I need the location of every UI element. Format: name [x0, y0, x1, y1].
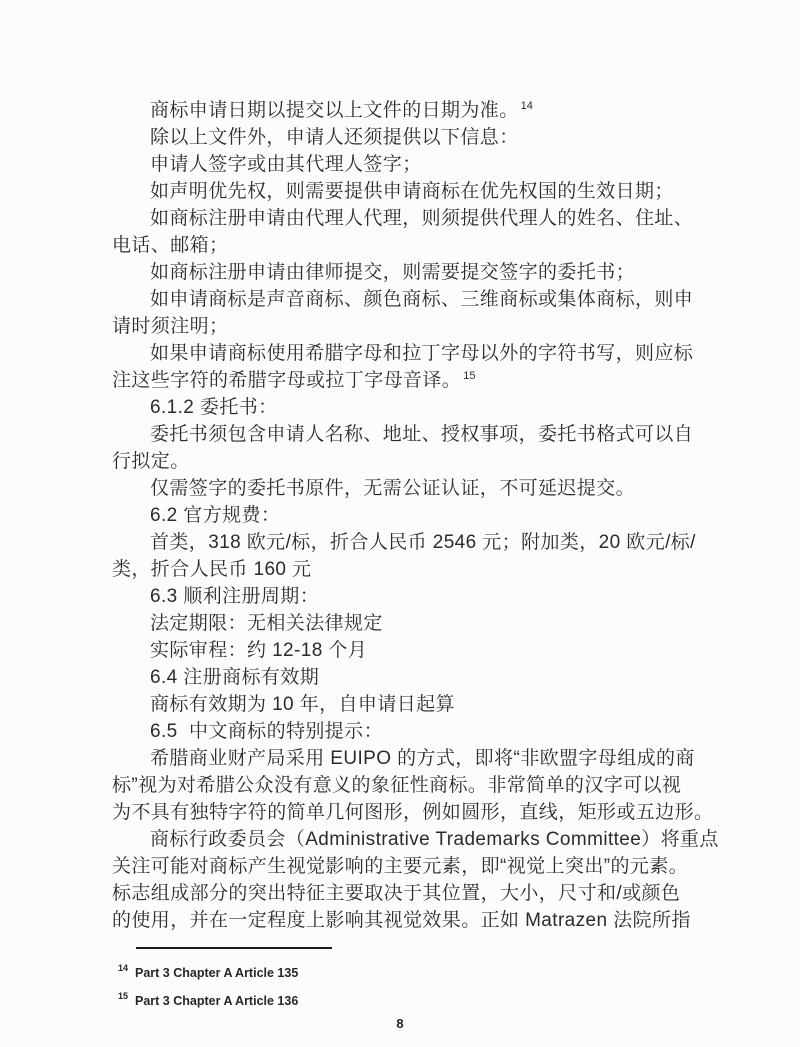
text-line: 如商标注册申请由律师提交，则需要提交签字的委托书；	[112, 259, 694, 286]
footnote-marker: 14	[118, 963, 128, 973]
text-line: 6.5 中文商标的特别提示：	[112, 718, 694, 745]
footnote: 15Part 3 Chapter A Article 136	[118, 991, 678, 1019]
text-line-content: 行拟定。	[112, 451, 190, 472]
text-line: 行拟定。	[112, 448, 694, 475]
text-line: 如申请商标是声音商标、颜色商标、三维商标或集体商标，则申	[112, 286, 694, 313]
text-line-content: 希腊商业财产局采用 EUIPO 的方式，即将“非欧盟字母组成的商	[150, 748, 695, 769]
footnote-separator-rule	[136, 947, 332, 949]
text-line: 标志组成部分的突出特征主要取决于其位置，大小，尺寸和/或颜色	[112, 880, 694, 907]
text-line-content: 标”视为对希腊公众没有意义的象征性商标。非常简单的汉字可以视	[112, 775, 681, 796]
text-line: 电话、邮箱；	[112, 232, 694, 259]
text-line-content: 申请人签字或由其代理人签字；	[150, 154, 422, 175]
text-line: 6.3 顺利注册周期：	[112, 583, 694, 610]
footnote-text: Part 3 Chapter A Article 136	[135, 994, 298, 1008]
text-line-content: 除以上文件外，申请人还须提供以下信息：	[150, 127, 519, 148]
text-line: 商标申请日期以提交以上文件的日期为准。14	[112, 97, 694, 124]
text-line: 6.1.2 委托书：	[112, 394, 694, 421]
text-line-content: 标志组成部分的突出特征主要取决于其位置，大小，尺寸和/或颜色	[112, 883, 680, 904]
text-line-content: 如商标注册申请由代理人代理，则须提供代理人的姓名、住址、	[150, 208, 693, 229]
text-line-content: 6.2 官方规费：	[150, 505, 280, 526]
text-line-content: 实际审程：约 12-18 个月	[150, 640, 367, 661]
text-line-content: 的使用，并在一定程度上影响其视觉效果。正如 Matrazen 法院所指	[112, 910, 691, 931]
text-line-content: 为不具有独特字符的简单几何图形，例如圆形，直线，矩形或五边形。	[112, 802, 713, 823]
text-line: 关注可能对商标产生视觉影响的主要元素，即“视觉上突出”的元素。	[112, 853, 694, 880]
text-line-content: 请时须注明；	[112, 316, 228, 337]
text-line: 委托书须包含申请人名称、地址、授权事项，委托书格式可以自	[112, 421, 694, 448]
scanned-document-page: 商标申请日期以提交以上文件的日期为准。14除以上文件外，申请人还须提供以下信息：…	[0, 0, 800, 1047]
text-line-content: 法定期限：无相关法律规定	[150, 613, 383, 634]
text-line: 标”视为对希腊公众没有意义的象征性商标。非常简单的汉字可以视	[112, 772, 694, 799]
text-line: 实际审程：约 12-18 个月	[112, 637, 694, 664]
text-line-content: 如声明优先权，则需要提供申请商标在优先权国的生效日期；	[150, 181, 674, 202]
text-line: 如商标注册申请由代理人代理，则须提供代理人的姓名、住址、	[112, 205, 694, 232]
text-line: 类，折合人民币 160 元	[112, 556, 694, 583]
text-line: 注这些字符的希腊字母或拉丁字母音译。15	[112, 367, 694, 394]
footnote-marker: 15	[118, 991, 128, 1001]
text-line: 首类，318 欧元/标，折合人民币 2546 元；附加类，20 欧元/标/	[112, 529, 694, 556]
footnote-reference: 14	[521, 100, 533, 112]
text-line: 商标行政委员会（Administrative Trademarks Commit…	[112, 826, 694, 853]
text-line-content: 商标有效期为 10 年，自申请日起算	[150, 694, 455, 715]
text-line: 请时须注明；	[112, 313, 694, 340]
text-line-content: 如申请商标是声音商标、颜色商标、三维商标或集体商标，则申	[150, 289, 693, 310]
text-line-content: 6.1.2 委托书：	[150, 397, 278, 418]
text-line: 为不具有独特字符的简单几何图形，例如圆形，直线，矩形或五边形。	[112, 799, 694, 826]
text-line-content: 如果申请商标使用希腊字母和拉丁字母以外的字符书写，则应标	[150, 343, 693, 364]
text-line-content: 委托书须包含申请人名称、地址、授权事项，委托书格式可以自	[150, 424, 693, 445]
footnote: 14Part 3 Chapter A Article 135	[118, 963, 678, 991]
text-line-content: 如商标注册申请由律师提交，则需要提交签字的委托书；	[150, 262, 635, 283]
footnote-text: Part 3 Chapter A Article 135	[135, 966, 298, 980]
text-line-content: 仅需签字的委托书原件，无需公证认证，不可延迟提交。	[150, 478, 635, 499]
text-line-content: 注这些字符的希腊字母或拉丁字母音译。	[112, 370, 461, 391]
text-line-content: 6.5 中文商标的特别提示：	[150, 721, 383, 742]
document-body-text: 商标申请日期以提交以上文件的日期为准。14除以上文件外，申请人还须提供以下信息：…	[112, 97, 694, 934]
text-line-content: 商标行政委员会（Administrative Trademarks Commit…	[150, 829, 719, 850]
text-line-content: 关注可能对商标产生视觉影响的主要元素，即“视觉上突出”的元素。	[112, 856, 688, 877]
text-line: 6.2 官方规费：	[112, 502, 694, 529]
text-line: 除以上文件外，申请人还须提供以下信息：	[112, 124, 694, 151]
text-line-content: 商标申请日期以提交以上文件的日期为准。	[150, 100, 519, 121]
text-line: 商标有效期为 10 年，自申请日起算	[112, 691, 694, 718]
text-line-content: 电话、邮箱；	[112, 235, 228, 256]
text-line: 如声明优先权，则需要提供申请商标在优先权国的生效日期；	[112, 178, 694, 205]
text-line: 的使用，并在一定程度上影响其视觉效果。正如 Matrazen 法院所指	[112, 907, 694, 934]
footnote-reference: 15	[463, 370, 475, 382]
text-line: 法定期限：无相关法律规定	[112, 610, 694, 637]
text-line: 如果申请商标使用希腊字母和拉丁字母以外的字符书写，则应标	[112, 340, 694, 367]
footnotes-section: 14Part 3 Chapter A Article 13515Part 3 C…	[118, 963, 678, 1019]
text-line: 希腊商业财产局采用 EUIPO 的方式，即将“非欧盟字母组成的商	[112, 745, 694, 772]
text-line: 申请人签字或由其代理人签字；	[112, 151, 694, 178]
text-line-content: 类，折合人民币 160 元	[112, 559, 311, 580]
page-number: 8	[0, 1016, 800, 1031]
text-line-content: 6.3 顺利注册周期：	[150, 586, 319, 607]
text-line-content: 首类，318 欧元/标，折合人民币 2546 元；附加类，20 欧元/标/	[150, 532, 696, 553]
text-line: 6.4 注册商标有效期	[112, 664, 694, 691]
text-line-content: 6.4 注册商标有效期	[150, 667, 319, 688]
text-line: 仅需签字的委托书原件，无需公证认证，不可延迟提交。	[112, 475, 694, 502]
